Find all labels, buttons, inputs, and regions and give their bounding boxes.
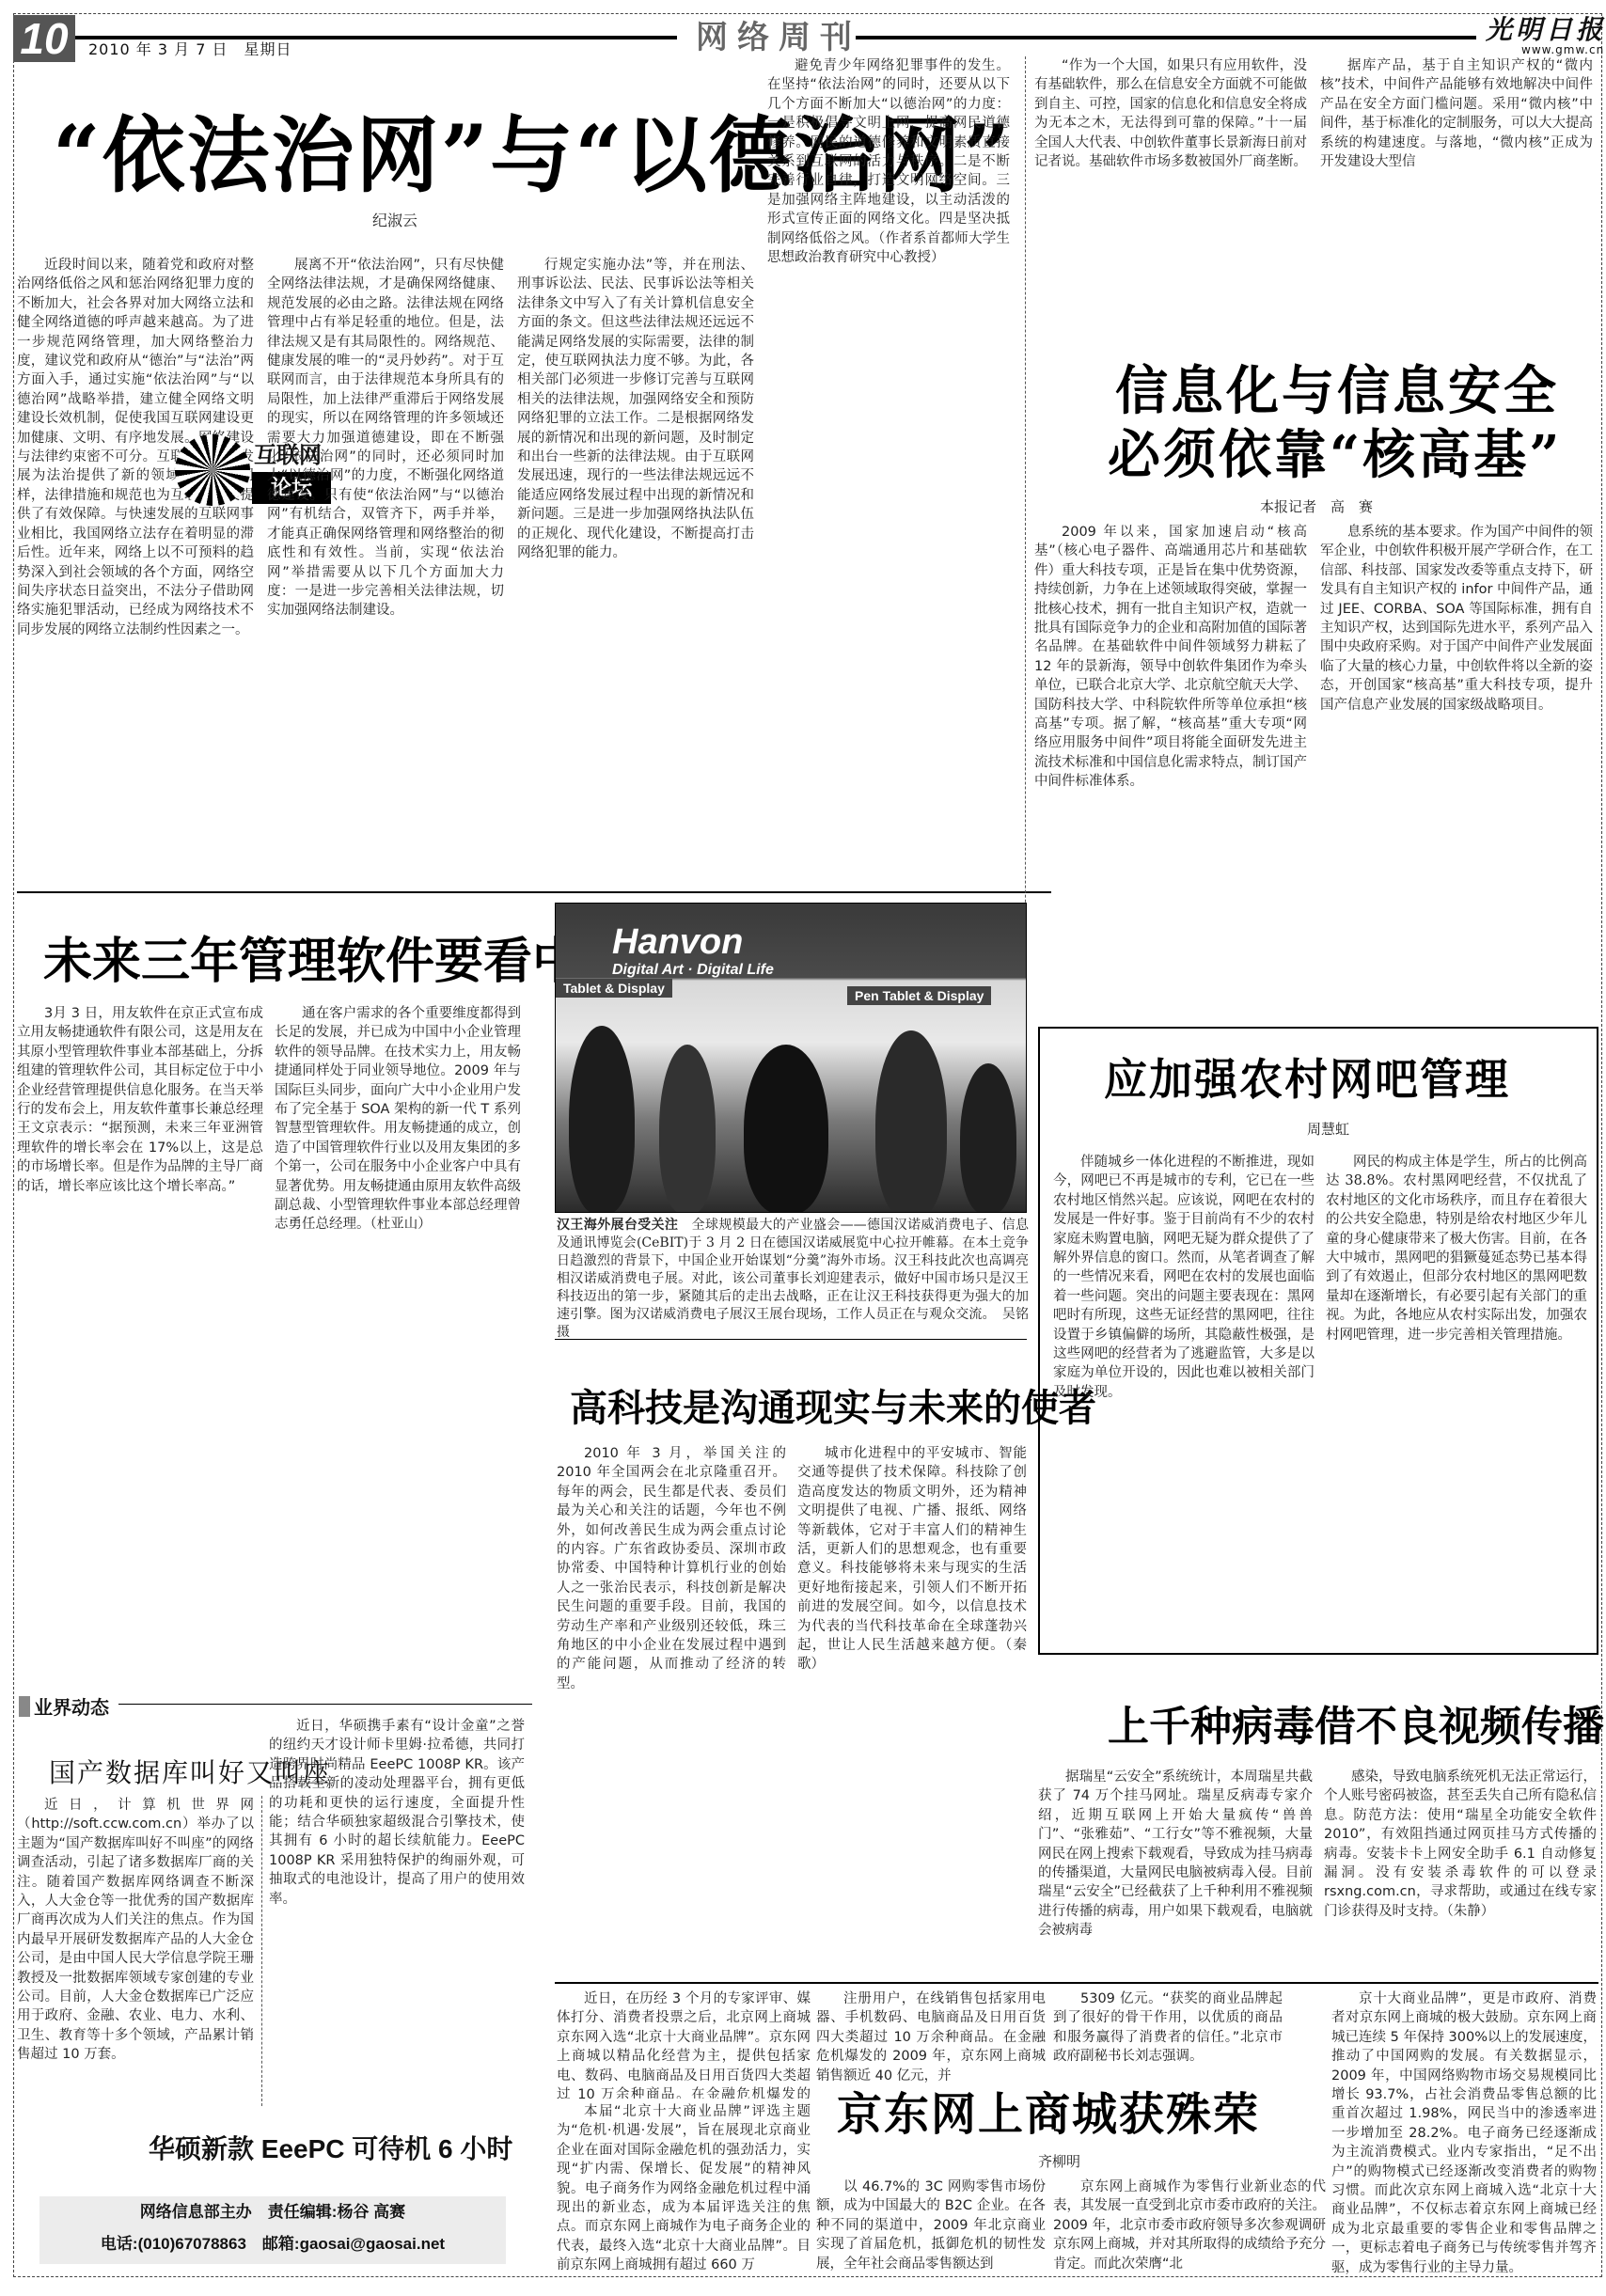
jd-bottom-right: 京东网上商城作为零售行业新业态的代表，其发展一直受到北京市委市政府的关注。200… bbox=[1053, 2178, 1326, 2281]
core-paragraph-top-right: 据库产品，基于自主知识产权的“微内核”技术，中间件产品能够有效地解决中间件产品在… bbox=[1320, 56, 1593, 171]
page-number: 10 bbox=[13, 15, 75, 62]
photo-caption-text: 全球规模最大的产业盛会——德国汉诺威消费电子、信息及通讯博览会(CeBIT)于 … bbox=[557, 1218, 1029, 1322]
main-column-1: 近段时间以来，随着党和政府对整治网络低俗之风和惩治网络犯罪力度的不断加大，社会各… bbox=[17, 256, 254, 886]
divider bbox=[17, 891, 1051, 893]
mgmt-paragraph-1: 3月 3 日，用友软件在京正式宣布成立用友畅捷通软件有限公司，这是用友在其原小型… bbox=[17, 1004, 263, 1196]
jd-paragraph-top-right: 5309 亿元。“获奖的商业品牌起到了很好的骨干作用，以优质的商品和服务赢得了消… bbox=[1053, 1989, 1283, 2067]
asus-column: 近日，华硕携手素有“设计金童”之誉的纽约天才设计师卡里姆·拉希德，共同打造跨界时… bbox=[269, 1717, 525, 2106]
masthead-rule-right bbox=[856, 36, 1476, 39]
jd-bottom-left: 本届“北京十大商业品牌”评选主题为“危机·机遇·发展”，旨在展现北京商业企业在面… bbox=[557, 2102, 811, 2281]
rural-author: 周慧虹 bbox=[1307, 1119, 1349, 1139]
hitech-paragraph-2: 城市化进程中的平安城市、智能交通等提供了技术保障。科技除了创造高度发达的物质文明… bbox=[797, 1444, 1027, 1675]
issue-date: 2010 年 3 月 7 日 星期日 bbox=[88, 38, 292, 59]
divider bbox=[118, 1704, 532, 1705]
virus-column-2: 感染，导致电脑系统死机无法正常运行，个人账号密码被盗，甚至丢失自己所有隐私信息。… bbox=[1324, 1768, 1597, 1956]
photo-sign-right: Pen Tablet & Display bbox=[847, 986, 991, 1005]
core-top-left: “作为一个大国，如果只有应用软件，没有基础软件，那么在信息安全方面就不可能做到自… bbox=[1034, 56, 1307, 329]
core-top-right: 据库产品，基于自主知识产权的“微内核”技术，中间件产品能够有效地解决中间件产品在… bbox=[1320, 56, 1593, 329]
photo-caption-lead: 汉王海外展台受关注 bbox=[557, 1218, 678, 1233]
core-paragraph-top-left: “作为一个大国，如果只有应用软件，没有基础软件，那么在信息安全方面就不可能做到自… bbox=[1034, 56, 1307, 171]
rural-headline: 应加强农村网吧管理 bbox=[1104, 1046, 1510, 1108]
virus-paragraph-1: 据瑞星“云安全”系统统计，本周瑞星共截获了 74 万个挂马网址。瑞星反病毒专家介… bbox=[1038, 1768, 1313, 1941]
editorial-footer: 网络信息部主办 责任编辑:杨谷 高赛 电话:(010)67078863 邮箱:g… bbox=[39, 2196, 506, 2264]
jd-author: 齐柳明 bbox=[1038, 2151, 1080, 2171]
footer-editor-line: 网络信息部主办 责任编辑:杨谷 高赛 bbox=[39, 2196, 506, 2228]
globe-icon bbox=[175, 434, 250, 506]
jd-top-left: 近日，在历经 3 个月的专家评审、媒体打分、消费者投票之后，北京网上商城京东网入… bbox=[557, 1989, 811, 2099]
jd-paragraph-bottom-left: 本届“北京十大商业品牌”评选主题为“危机·机遇·发展”，旨在展现北京商业企业在面… bbox=[557, 2102, 811, 2275]
mgmt-headline: 未来三年管理软件要看中国 bbox=[43, 921, 630, 992]
photo-caption: 汉王海外展台受关注 全球规模最大的产业盛会——德国汉诺威消费电子、信息及通讯博览… bbox=[557, 1217, 1029, 1307]
core-headline-line2: 必须依靠“核高基” bbox=[1108, 414, 1562, 489]
jd-headline: 京东网上商城获殊荣 bbox=[837, 2078, 1260, 2143]
main-column-3: 行规定实施办法”等，并在刑法、刑事诉讼法、民法、民事诉讼法等相关法律条文中写入了… bbox=[517, 256, 754, 886]
divider bbox=[555, 1982, 1598, 1984]
jd-paragraph-top-left: 近日，在历经 3 个月的专家评审、媒体打分、消费者投票之后，北京网上商城京东网入… bbox=[557, 1989, 811, 2099]
db-column: 近日，计算机世界网（http://soft.ccw.com.cn）举办了以主题为… bbox=[17, 1796, 254, 2179]
mgmt-column-2: 通在客户需求的各个重要维度都得到长足的发展，并已成为中国中小企业管理软件的领导品… bbox=[275, 1004, 521, 1681]
hitech-column-2: 城市化进程中的平安城市、智能交通等提供了技术保障。科技除了创造高度发达的物质文明… bbox=[797, 1444, 1027, 1980]
photo-brand-subtext: Digital Art · Digital Life bbox=[612, 962, 774, 979]
hitech-paragraph-1: 2010 年 3 月，举国关注的 2010 年全国两会在北京隆重召开。每年的两会… bbox=[557, 1444, 786, 1693]
core-column-left: 2009 年以来，国家加速启动“核高基”（核心电子器件、高端通用芯片和基础软件）… bbox=[1034, 523, 1307, 993]
section-title: 网络周刊 bbox=[696, 11, 861, 57]
main-paragraph-2: 展离不开“依法治网”，只有尽快健全网络法律法规，才是确保网络健康、规范发展的必由… bbox=[267, 256, 504, 621]
jd-bottom-mid: 以 46.7%的 3C 网购零售市场份额，成为中国最大的 B2C 企业。在各种不… bbox=[816, 2178, 1046, 2281]
industry-news-label: 业界动态 bbox=[34, 1692, 109, 1720]
hitech-headline: 高科技是沟通现实与未来的使者 bbox=[570, 1378, 1096, 1432]
photo-person bbox=[960, 1063, 1016, 1213]
photo-person bbox=[659, 1045, 716, 1213]
asus-headline: 华硕新款 EeePC 可待机 6 小时 bbox=[149, 2129, 512, 2166]
core-paragraph-left: 2009 年以来，国家加速启动“核高基”（核心电子器件、高端通用芯片和基础软件）… bbox=[1034, 523, 1307, 792]
section-marker-icon bbox=[19, 1696, 30, 1717]
rural-paragraph-2: 网民的构成主体是学生，所占的比例高达 38.8%。农村黑网吧经营，不仅扰乱了农村… bbox=[1326, 1153, 1587, 1345]
photo-person bbox=[875, 1030, 947, 1213]
rural-column-2: 网民的构成主体是学生，所占的比例高达 38.8%。农村黑网吧经营，不仅扰乱了农村… bbox=[1326, 1153, 1587, 1642]
newspaper-logo: 光明日报 bbox=[1486, 9, 1606, 47]
main-paragraph-3: 行规定实施办法”等，并在刑法、刑事诉讼法、民法、民事诉讼法等相关法律条文中写入了… bbox=[517, 256, 754, 563]
jd-paragraph-bottom-mid: 以 46.7%的 3C 网购零售市场份额，成为中国最大的 B2C 企业。在各种不… bbox=[816, 2178, 1046, 2273]
photo-sign-left: Tablet & Display bbox=[556, 979, 672, 998]
virus-headline: 上千种病毒借不良视频传播 bbox=[1108, 1692, 1604, 1753]
hitech-column-1: 2010 年 3 月，举国关注的 2010 年全国两会在北京隆重召开。每年的两会… bbox=[557, 1444, 786, 1980]
photo-person bbox=[569, 1026, 635, 1213]
mgmt-paragraph-2: 通在客户需求的各个重要维度都得到长足的发展，并已成为中国中小企业管理软件的领导品… bbox=[275, 1004, 521, 1234]
footer-contact-line: 电话:(010)67078863 邮箱:gaosai@gaosai.net bbox=[39, 2228, 506, 2260]
column-divider bbox=[261, 1796, 262, 2106]
db-paragraph: 近日，计算机世界网（http://soft.ccw.com.cn）举办了以主题为… bbox=[17, 1796, 254, 2065]
rural-paragraph-1: 伴随城乡一体化进程的不断推进，现如今，网吧已不再是城市的专利，它已在一些农村地区… bbox=[1053, 1153, 1315, 1402]
mgmt-column-1: 3月 3 日，用友软件在京正式宣布成立用友畅捷通软件有限公司，这是用友在其原小型… bbox=[17, 1004, 263, 1681]
industry-news-section: 业界动态 bbox=[19, 1692, 109, 1720]
photo-person bbox=[744, 1045, 828, 1213]
divider bbox=[555, 1339, 1027, 1340]
rural-column-1: 伴随城乡一体化进程的不断推进，现如今，网吧已不再是城市的专利，它已在一些农村地区… bbox=[1053, 1153, 1315, 1642]
virus-paragraph-2: 感染，导致电脑系统死机无法正常运行，个人账号密码被盗，甚至丢失自己所有隐私信息。… bbox=[1324, 1768, 1597, 1921]
core-paragraph-right: 息系统的基本要求。作为国产中间件的领军企业，中创软件积极开展产学研合作，在工信部… bbox=[1320, 523, 1593, 715]
jd-far-right: 京十大商业品牌”，更是市政府、消费者对京东网上商城的极大鼓励。京东网上商城已连续… bbox=[1331, 1989, 1597, 2281]
main-column-4: 避免青少年网络犯罪事件的发生。在坚持“依法治网”的同时，还要从以下几个方面不断加… bbox=[767, 56, 1010, 884]
main-column-2: 展离不开“依法治网”，只有尽快健全网络法律法规，才是确保网络健康、规范发展的必由… bbox=[267, 256, 504, 886]
main-author: 纪淑云 bbox=[372, 209, 417, 230]
hanvon-booth-photo: Hanvon Digital Art · Digital Life Tablet… bbox=[555, 903, 1027, 1213]
asus-paragraph: 近日，华硕携手素有“设计金童”之誉的纽约天才设计师卡里姆·拉希德，共同打造跨界时… bbox=[269, 1717, 525, 1909]
jd-paragraph-top-mid: 注册用户，在线销售包括家用电器、手机数码、电脑商品及日用百货四大类超过 10 万… bbox=[816, 1989, 1046, 2085]
main-paragraph-4: 避免青少年网络犯罪事件的发生。在坚持“依法治网”的同时，还要从以下几个方面不断加… bbox=[767, 56, 1010, 267]
core-column-right: 息系统的基本要求。作为国产中间件的领军企业，中创软件积极开展产学研合作，在工信部… bbox=[1320, 523, 1593, 993]
virus-column-1: 据瑞星“云安全”系统统计，本周瑞星共截获了 74 万个挂马网址。瑞星反病毒专家介… bbox=[1038, 1768, 1313, 1956]
newspaper-url[interactable]: www.gmw.cn bbox=[1521, 43, 1604, 56]
jd-paragraph-far-right: 京十大商业品牌”，更是市政府、消费者对京东网上商城的极大鼓励。京东网上商城已连续… bbox=[1331, 1989, 1597, 2277]
photo-brand-text: Hanvon bbox=[612, 922, 743, 963]
jd-paragraph-bottom-right: 京东网上商城作为零售行业新业态的代表，其发展一直受到北京市委市政府的关注。200… bbox=[1053, 2178, 1326, 2273]
core-author: 本报记者 高 赛 bbox=[1260, 496, 1373, 516]
